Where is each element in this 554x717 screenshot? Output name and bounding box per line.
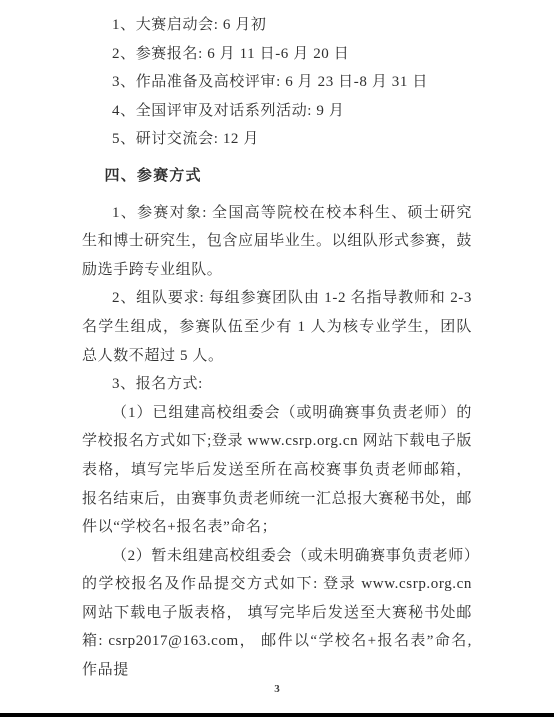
scan-edge-bar xyxy=(0,713,554,717)
schedule-item-kickoff: 1、大赛启动会: 6 月初 xyxy=(82,11,472,40)
page-number: 3 xyxy=(0,683,554,695)
schedule-item-preparation-review: 3、作品准备及高校评审: 6 月 23 日-8 月 31 日 xyxy=(82,68,472,97)
schedule-item-registration: 2、参赛报名: 6 月 11 日-6 月 20 日 xyxy=(82,40,472,69)
paragraph-registration-option-1: （1）已组建高校组委会（或明确赛事负责老师）的学校报名方式如下;登录 www.c… xyxy=(82,399,472,542)
document-content: 1、大赛启动会: 6 月初 2、参赛报名: 6 月 11 日-6 月 20 日 … xyxy=(82,11,472,685)
paragraph-registration-option-2: （2）暂未组建高校组委会（或未明确赛事负责老师）的学校报名及作品提交方式如下: … xyxy=(82,542,472,685)
paragraph-team-requirements: 2、组队要求: 每组参赛团队由 1-2 名指导教师和 2-3 名学生组成，参赛队… xyxy=(82,284,472,370)
schedule-item-national-review: 4、全国评审及对话系列活动: 9 月 xyxy=(82,97,472,126)
section-heading: 四、参赛方式 xyxy=(82,162,472,191)
document-page: 1、大赛启动会: 6 月初 2、参赛报名: 6 月 11 日-6 月 20 日 … xyxy=(0,0,554,717)
paragraph-registration-method-label: 3、报名方式: xyxy=(82,370,472,399)
paragraph-eligibility: 1、参赛对象: 全国高等院校在校本科生、硕士研究生和博士研究生，包含应届毕业生。… xyxy=(82,199,472,285)
schedule-item-seminar: 5、研讨交流会: 12 月 xyxy=(82,125,472,154)
